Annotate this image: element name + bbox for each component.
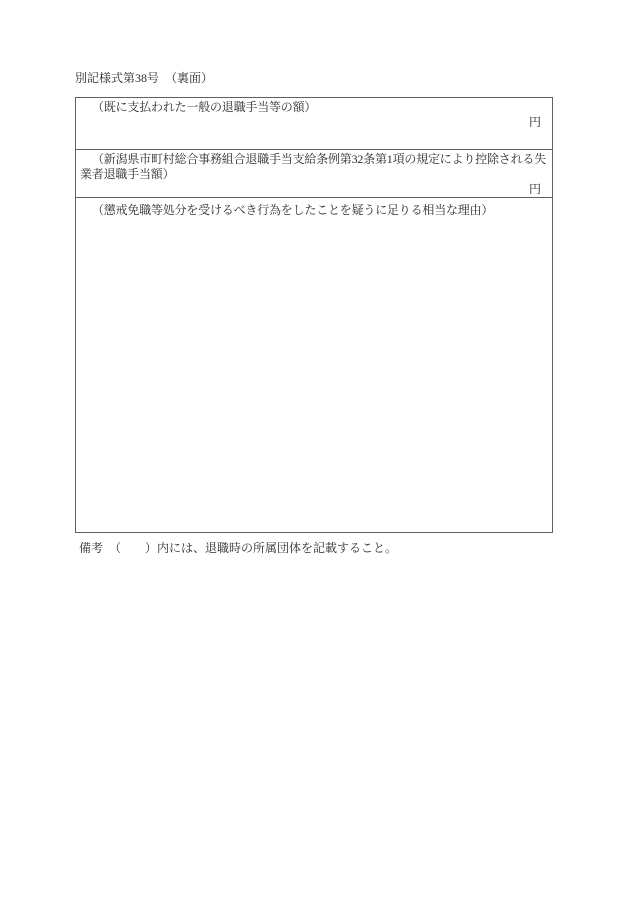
- paid-retirement-allowance-row: （既に支払われた一般の退職手当等の額） 円: [76, 98, 552, 150]
- form-table: （既に支払われた一般の退職手当等の額） 円 （新潟県市町村総合事務組合退職手当支…: [75, 97, 553, 533]
- paid-retirement-allowance-label: （既に支払われた一般の退職手当等の額）: [80, 100, 552, 115]
- deducted-unemployment-allowance-label-line1: （新潟県市町村総合事務組合退職手当支給条例第32条第1項の規定により控除される失: [80, 152, 552, 167]
- document-page: 別記様式第38号 （裏面） （既に支払われた一般の退職手当等の額） 円 （新潟県…: [0, 0, 630, 903]
- deducted-unemployment-allowance-row: （新潟県市町村総合事務組合退職手当支給条例第32条第1項の規定により控除される失…: [76, 150, 552, 198]
- yen-unit-label: 円: [80, 182, 552, 197]
- remarks-note: 備考 （ ）内には、退職時の所属団体を記載すること。: [79, 541, 397, 556]
- deducted-unemployment-allowance-label-line2: 業者退職手当額）: [80, 167, 552, 182]
- form-number-title: 別記様式第38号 （裏面）: [75, 71, 213, 85]
- disciplinary-reason-label: （懲戒免職等処分を受けるべき行為をしたことを疑うに足りる相当な理由）: [80, 203, 552, 218]
- disciplinary-reason-row: （懲戒免職等処分を受けるべき行為をしたことを疑うに足りる相当な理由）: [76, 198, 552, 532]
- yen-unit-label: 円: [80, 115, 552, 130]
